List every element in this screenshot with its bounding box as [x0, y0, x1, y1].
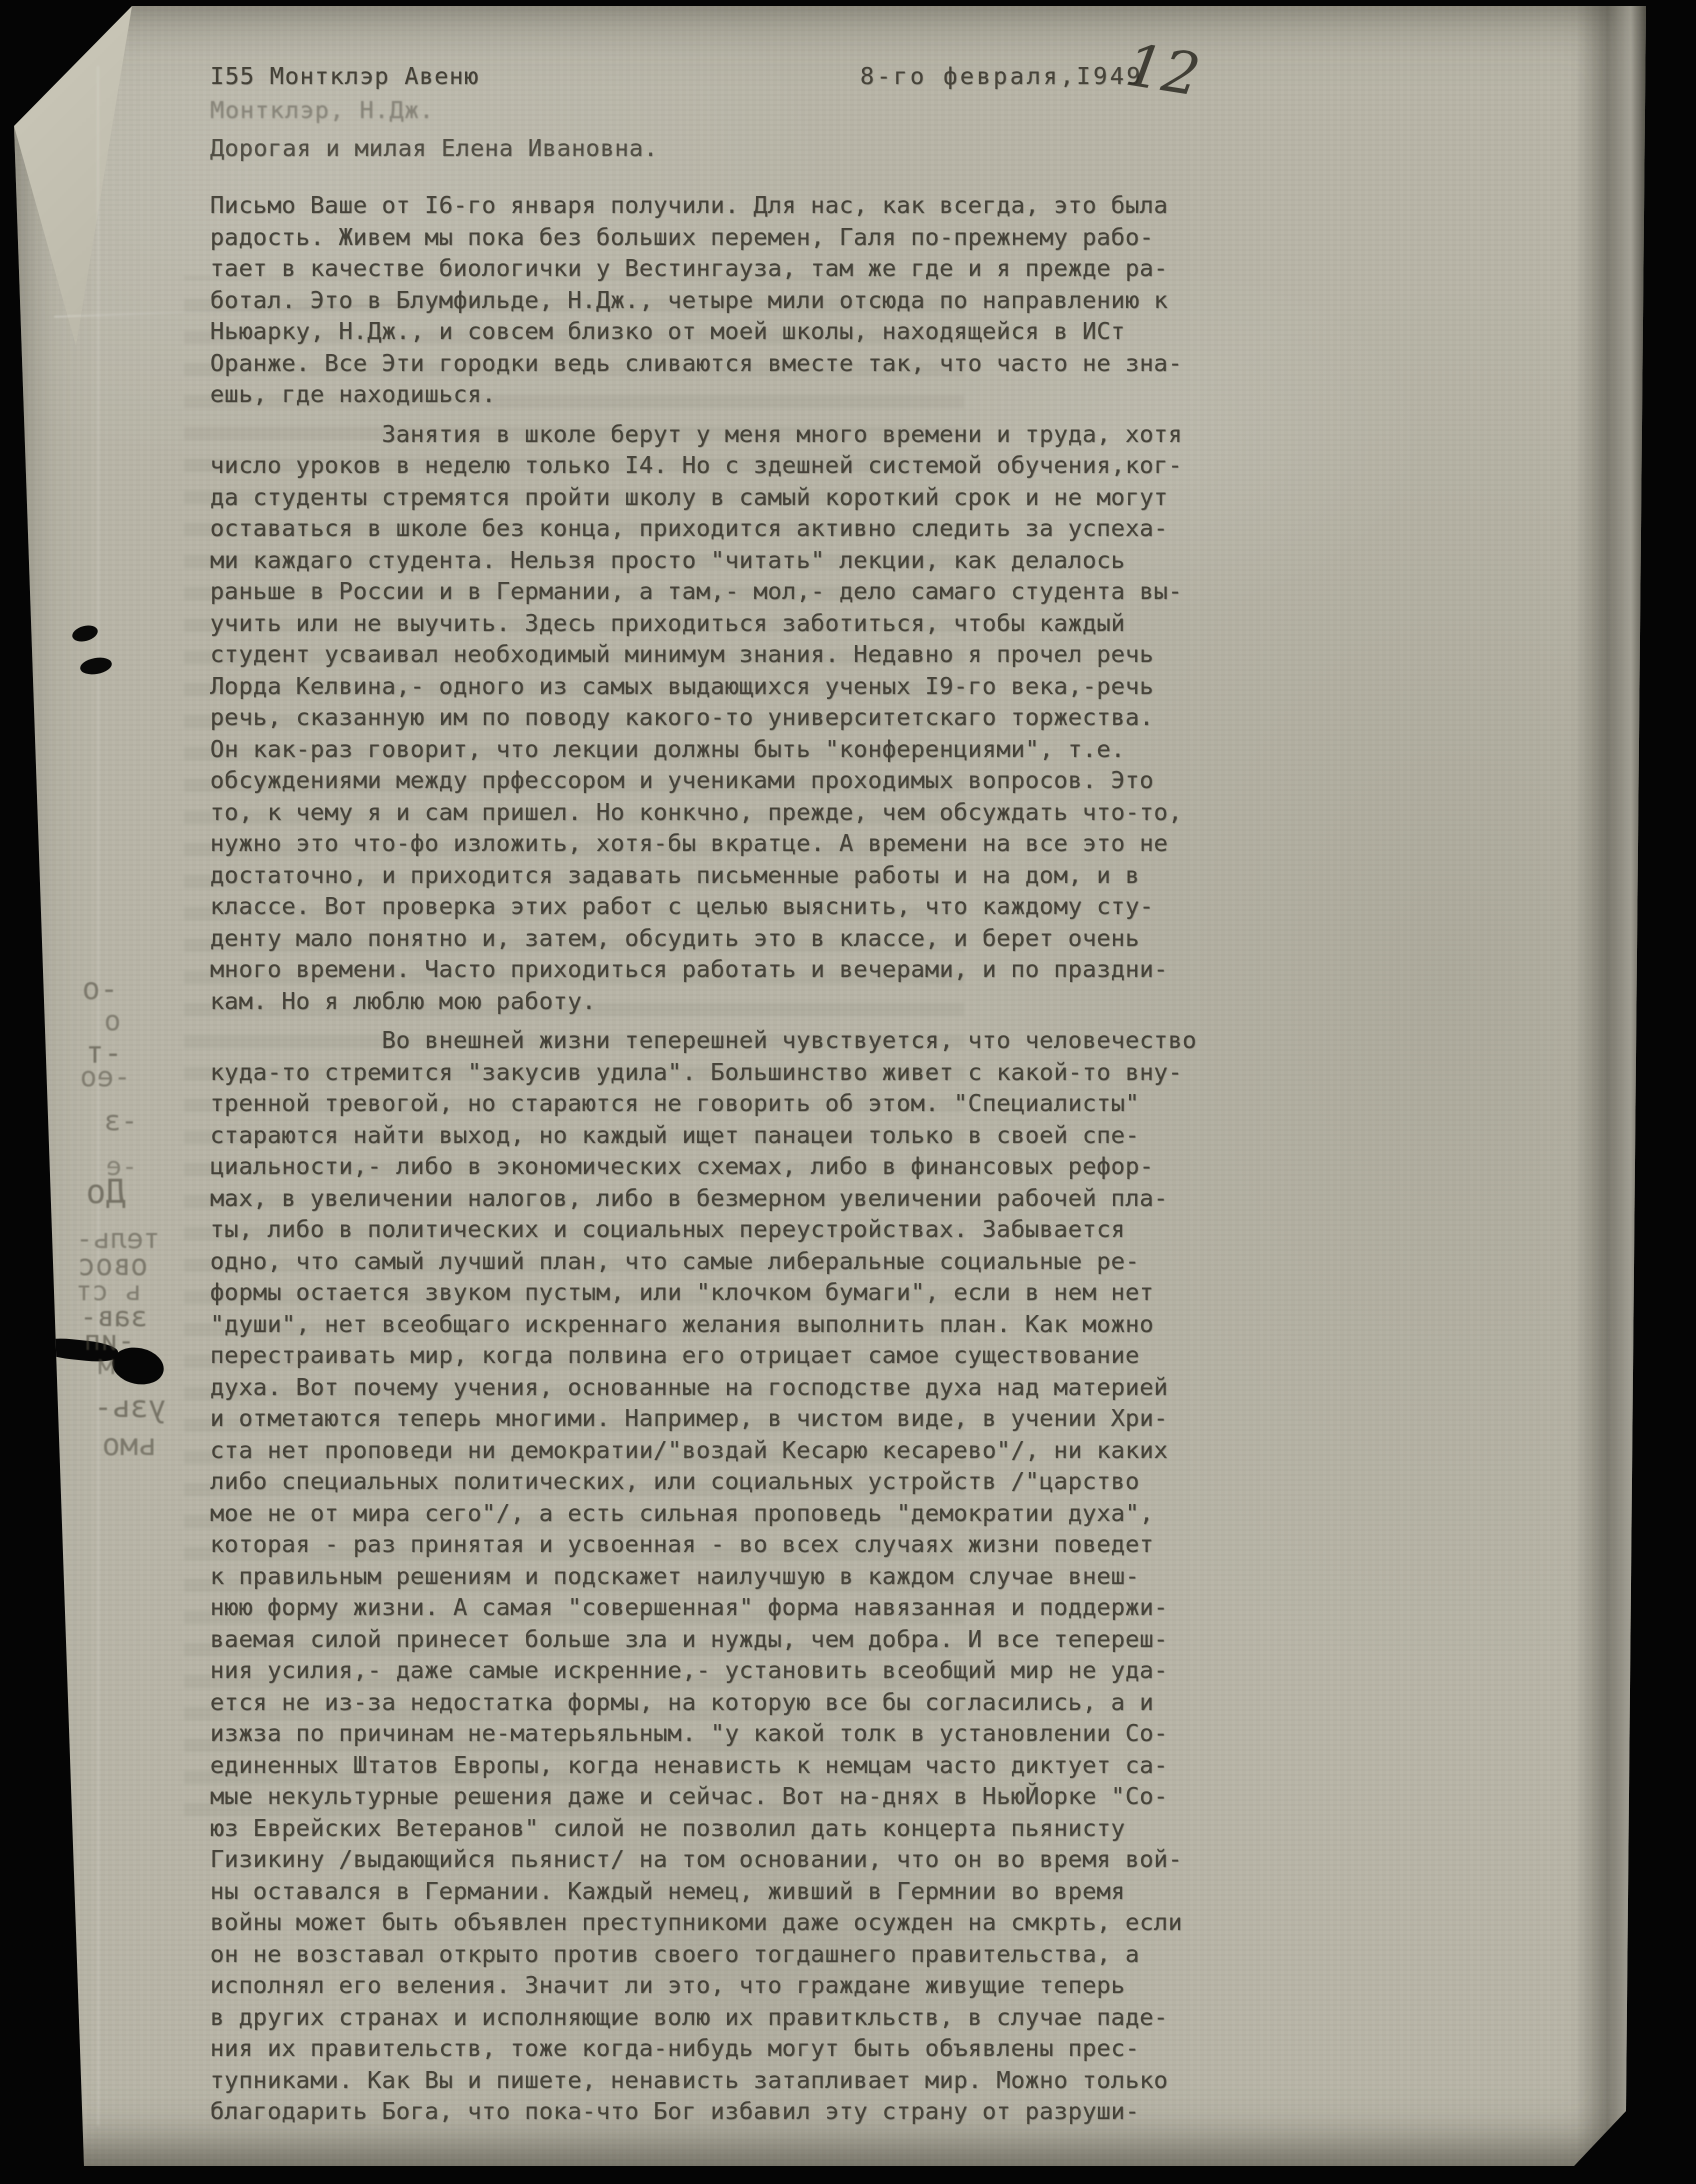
letter-line: оставаться в школе без конца, приходится…: [210, 513, 1197, 545]
page-edge-shadow: [1576, 6, 1646, 2166]
letter-line: нужно это что-фо изложить, хотя-бы вкрат…: [210, 828, 1197, 860]
letter-line: речь, сказанную им по поводу какого-то у…: [210, 702, 1197, 734]
sender-address-line2: Монтклэр, Н.Дж.: [210, 96, 434, 124]
letter-line: кам. Но я люблю мою работу.: [210, 986, 1197, 1018]
letter-line: ботал. Это в Блумфильде, Н.Дж., четыре м…: [210, 285, 1197, 317]
letter-line: исполнял его веления. Значит ли это, что…: [210, 1970, 1197, 2002]
letter-line: достаточно, и приходится задавать письме…: [210, 860, 1197, 892]
letter-line: ваемая силой принесет больше зла и нужды…: [210, 1624, 1197, 1656]
letter-line: Во внешней жизни теперешней чувствуется,…: [210, 1025, 1197, 1057]
paragraph: Письмо Ваше от I6-го января получили. Дл…: [210, 190, 1197, 411]
letter-line: то, к чему я и сам пришел. Но конкчно, п…: [210, 797, 1197, 829]
letter-line: тренной тревогой, но стараются не говори…: [210, 1088, 1197, 1120]
letter-line: и отметаются теперь многими. Например, в…: [210, 1403, 1197, 1435]
letter-line: Занятия в школе берут у меня много време…: [210, 419, 1197, 451]
paragraph: Занятия в школе берут у меня много време…: [210, 419, 1197, 1018]
letter-line: число уроков в неделю только I4. Но с зд…: [210, 450, 1197, 482]
letter-line: формы остается звуком пустым, или "клочк…: [210, 1277, 1197, 1309]
letter-line: войны может быть объявлен преступникоми …: [210, 1907, 1197, 1939]
letter-line: обсуждениями между прфессором и ученикам…: [210, 765, 1197, 797]
letter-paper: I55 Монтклэр Авеню 8-го февраля,I949 12 …: [14, 6, 1646, 2166]
letter-line: ния их правительств, тоже когда-нибудь м…: [210, 2033, 1197, 2065]
letter-line: классе. Вот проверка этих работ с целью …: [210, 891, 1197, 923]
letter-line: Лорда Келвина,- одного из самых выдающих…: [210, 671, 1197, 703]
ink-blot: [79, 655, 113, 676]
letter-line: нюю форму жизни. А самая "совершенная" ф…: [210, 1592, 1197, 1624]
letter-line: юз Еврейских Ветеранов" силой не позволи…: [210, 1813, 1197, 1845]
handwritten-page-number: 12: [1121, 31, 1205, 110]
paragraph: Во внешней жизни теперешней чувствуется,…: [210, 1025, 1197, 2128]
letter-line: перестраивать мир, когда полвина его отр…: [210, 1340, 1197, 1372]
letter-line: много времени. Часто приходиться работат…: [210, 954, 1197, 986]
letter-line: раньше в России и в Германии, а там,- мо…: [210, 576, 1197, 608]
letter-line: циальности,- либо в экономических схемах…: [210, 1151, 1197, 1183]
letter-line: радость. Живем мы пока без больших перем…: [210, 222, 1197, 254]
letter-line: в других странах и исполняющие волю их п…: [210, 2002, 1197, 2034]
letter-line: денту мало понятно и, затем, обсудить эт…: [210, 923, 1197, 955]
letter-line: мое не от мира сего"/, а есть сильная пр…: [210, 1498, 1197, 1530]
letter-line: тает в качестве биологички у Вестингауза…: [210, 253, 1197, 285]
letter-line: Письмо Ваше от I6-го января получили. Дл…: [210, 190, 1197, 222]
letter-line: ны оставался в Германии. Каждый немец, ж…: [210, 1876, 1197, 1908]
letter-line: студент усваивал необходимый минимум зна…: [210, 639, 1197, 671]
letter-date: 8-го февраля,I949: [860, 62, 1143, 90]
sender-address-line1: I55 Монтклэр Авеню: [210, 62, 479, 90]
letter-body: Письмо Ваше от I6-го января получили. Дл…: [210, 190, 1197, 2136]
letter-line: ешь, где находишься.: [210, 379, 1197, 411]
letter-line: одно, что самый лучший план, что самые л…: [210, 1246, 1197, 1278]
letter-line: ми каждаго студента. Нельзя просто "чита…: [210, 545, 1197, 577]
letter-line: Ньюарку, Н.Дж., и совсем близко от моей …: [210, 316, 1197, 348]
letter-line: да студенты стремятся пройти школу в сам…: [210, 482, 1197, 514]
letter-line: учить или не выучить. Здесь приходиться …: [210, 608, 1197, 640]
paper-tear: [39, 1336, 119, 1364]
letter-line: он не возставал открыто против своего то…: [210, 1939, 1197, 1971]
letter-line: Гизикину /выдающийся пьянист/ на том осн…: [210, 1844, 1197, 1876]
letter-line: мах, в увеличении налогов, либо в безмер…: [210, 1183, 1197, 1215]
letter-line: к правильным решениям и подскажет наилуч…: [210, 1561, 1197, 1593]
letter-line: мые некультурные решения даже и сейчас. …: [210, 1781, 1197, 1813]
letter-line: духа. Вот почему учения, основанные на г…: [210, 1372, 1197, 1404]
letter-line: ты, либо в политических и социальных пер…: [210, 1214, 1197, 1246]
letter-line: тупниками. Как Вы и пишете, ненависть за…: [210, 2065, 1197, 2097]
letter-line: Оранже. Все Эти городки ведь сливаются в…: [210, 348, 1197, 380]
letter-line: изжза по причинам не-матерьяльным. "у ка…: [210, 1718, 1197, 1750]
letter-line: которая - раз принятая и усвоенная - во …: [210, 1529, 1197, 1561]
letter-line: либо специальных политических, или социа…: [210, 1466, 1197, 1498]
salutation: Дорогая и милая Елена Ивановна.: [210, 134, 658, 162]
letter-line: ния усилия,- даже самые искренние,- уста…: [210, 1655, 1197, 1687]
letter-line: единенных Штатов Европы, когда ненависть…: [210, 1750, 1197, 1782]
vertical-crease: [97, 66, 99, 2126]
letter-line: стараются найти выход, но каждый ищет па…: [210, 1120, 1197, 1152]
letter-line: благодарить Бога, что пока-что Бог избав…: [210, 2096, 1197, 2128]
letter-line: куда-то стремится "закусив удила". Больш…: [210, 1057, 1197, 1089]
scanned-letter-page: I55 Монтклэр Авеню 8-го февраля,I949 12 …: [0, 0, 1696, 2184]
letter-line: ста нет проповеди ни демократии/"воздай …: [210, 1435, 1197, 1467]
ink-blot: [71, 623, 100, 644]
letter-line: ется не из-за недостатка формы, на котор…: [210, 1687, 1197, 1719]
letter-line: "души", нет всеобщаго искреннаго желания…: [210, 1309, 1197, 1341]
letter-line: Он как-раз говорит, что лекции должны бы…: [210, 734, 1197, 766]
